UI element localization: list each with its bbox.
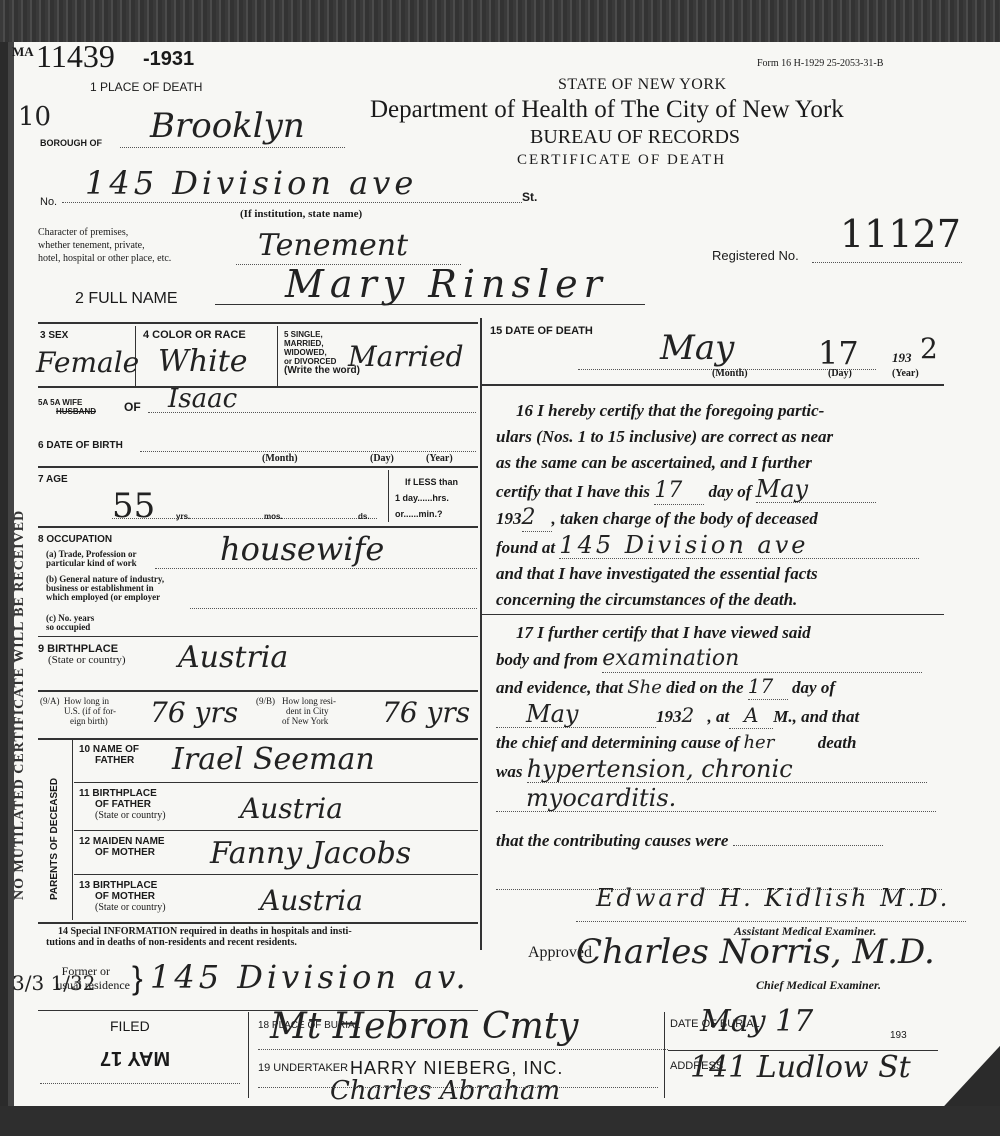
- grid-line: [482, 614, 944, 615]
- grid-line: [38, 690, 478, 692]
- column-divider: [480, 318, 482, 950]
- cert16-found-value[interactable]: 145 Division ave: [559, 532, 919, 559]
- full-name-label: 2 FULL NAME: [75, 290, 178, 308]
- cert17-cause-value-1[interactable]: hypertension, chronic: [527, 756, 927, 783]
- record-number: 11439: [36, 38, 115, 75]
- occupation-c-label: (c) No. yearsso occupied: [46, 614, 94, 632]
- mother-name-value[interactable]: Fanny Jacobs: [210, 836, 411, 871]
- occupation-a-label: (a) Trade, Profession orparticular kind …: [46, 550, 137, 568]
- date-of-death-year[interactable]: 2: [920, 332, 938, 365]
- certificate-title: CERTIFICATE OF DEATH: [517, 152, 726, 169]
- grid-line: [38, 922, 478, 924]
- birthplace-value[interactable]: Austria: [178, 640, 288, 675]
- cert17-her-value[interactable]: her: [743, 730, 813, 756]
- mother-birthplace-value[interactable]: Austria: [260, 884, 363, 917]
- spouse-of-label: OF: [124, 400, 141, 414]
- date-of-death-month[interactable]: May: [660, 328, 734, 368]
- borough-value[interactable]: Brooklyn: [150, 106, 305, 146]
- premises-label: Character of premises, whether tenement,…: [38, 226, 171, 265]
- spouse-value[interactable]: Isaac: [168, 384, 237, 414]
- age-label: 7 AGE: [38, 474, 68, 485]
- record-year: -1931: [143, 48, 194, 71]
- grid-line: [74, 830, 478, 831]
- scan-border-top: [0, 0, 1000, 42]
- cert17-year-value[interactable]: 2: [682, 702, 708, 728]
- full-name-value[interactable]: Mary Rinsler: [285, 262, 608, 306]
- street-suffix: St.: [522, 190, 537, 204]
- side-notice: NO MUTILATED CERTIFICATE WILL BE RECEIVE…: [12, 510, 28, 900]
- grid-line: [38, 466, 478, 468]
- grid-line: [388, 470, 389, 522]
- grid-line: [38, 526, 478, 528]
- father-birthplace-label: 11 BIRTHPLACEOF FATHER (State or country…: [79, 788, 166, 821]
- grid-line: [38, 322, 478, 324]
- contributing-causes-line: [733, 845, 883, 846]
- address-value[interactable]: 141 Ludlow St: [690, 1050, 911, 1085]
- bureau-title: BUREAU OF RECORDS: [530, 126, 740, 149]
- cert16-month-value[interactable]: May: [756, 476, 876, 503]
- cert17-month-value[interactable]: May: [496, 701, 656, 728]
- institution-note: (If institution, state name): [240, 208, 362, 220]
- dob-month-label: (Month): [262, 454, 298, 463]
- filed-label: FILED: [110, 1018, 150, 1034]
- dod-year-label: (Year): [892, 368, 919, 379]
- date-of-death-label: 15 DATE OF DEATH: [490, 326, 593, 337]
- dob-day-label: (Day): [370, 454, 394, 463]
- age-ds: ds.: [358, 512, 370, 521]
- burial-year: 193: [890, 1030, 907, 1041]
- grid-line: [74, 782, 478, 783]
- dob-line: [140, 441, 476, 452]
- record-prefix: MA: [12, 44, 34, 60]
- grid-line: [664, 1012, 665, 1098]
- registered-label: Registered No.: [712, 248, 799, 263]
- age-yrs: yrs.: [176, 512, 190, 521]
- scan-border-bottom: [0, 1106, 1000, 1136]
- street-value[interactable]: 145 Division ave: [85, 164, 417, 202]
- grid-line: [277, 326, 278, 386]
- special-info-text: 14 Special INFORMATION required in death…: [46, 926, 352, 948]
- margin-notes: 3/3 1/32: [12, 972, 95, 994]
- age-mos: mos.: [264, 512, 283, 521]
- cert16-year-value[interactable]: 2: [522, 505, 552, 532]
- cert17-pronoun-value[interactable]: She: [627, 677, 662, 698]
- registered-value[interactable]: 11127: [840, 212, 961, 256]
- mother-name-label: 12 MAIDEN NAMEOF MOTHER: [79, 836, 165, 858]
- cert16-day-value[interactable]: 17: [654, 478, 704, 505]
- place-of-death-label: 1 PLACE OF DEATH: [90, 80, 202, 94]
- grid-line: [74, 874, 478, 875]
- dob-year-label: (Year): [426, 454, 453, 463]
- dod-day-label: (Day): [828, 368, 852, 379]
- father-name-value[interactable]: Irael Seeman: [172, 742, 375, 777]
- filed-stamp: MAY 17: [100, 1046, 170, 1069]
- burial-place-value[interactable]: Mt Hebron Cmty: [270, 1006, 579, 1047]
- grid-line: [482, 384, 944, 386]
- birthplace-label: 9 BIRTHPLACE (State or country): [38, 644, 126, 666]
- race-value[interactable]: White: [158, 344, 248, 379]
- burial-place-line: [258, 1048, 668, 1050]
- chief-signature: Charles Norris, M.D.: [576, 932, 935, 972]
- residence-brace-icon: }: [132, 960, 143, 997]
- grid-line: [38, 738, 478, 740]
- grid-line: [38, 386, 478, 388]
- grid-line: [248, 1012, 249, 1098]
- us-residence-label: (9/A) How long in U.S. (if of for- eign …: [40, 696, 116, 726]
- us-residence-value[interactable]: 76 yrs: [150, 696, 238, 729]
- age-less-than: If LESS than1 day......hrs.or......min.?: [395, 474, 458, 522]
- race-label: 4 COLOR OR RACE: [143, 330, 246, 341]
- certification-16: 16 I hereby certify that the foregoing p…: [496, 398, 946, 613]
- father-birthplace-value[interactable]: Austria: [240, 792, 343, 825]
- form-number: Form 16 H-1929 25-2053-31-B: [757, 58, 883, 69]
- cert17-cause-value-2[interactable]: myocarditis.: [496, 785, 936, 812]
- state-title: STATE OF NEW YORK: [558, 76, 727, 94]
- assistant-signature: Edward H. Kidlish M.D.: [596, 884, 950, 912]
- marital-value[interactable]: Married: [348, 340, 464, 373]
- nyc-residence-label: (9/B) How long resi- dent in City of New…: [256, 696, 336, 726]
- cert17-day-value[interactable]: 17: [748, 673, 788, 700]
- occupation-a-line: [155, 567, 477, 569]
- parents-side-label: PARENTS OF DECEASED: [50, 778, 59, 900]
- dob-label: 6 DATE OF BIRTH: [38, 440, 123, 451]
- premises-value[interactable]: Tenement: [258, 228, 408, 263]
- grid-line: [72, 740, 73, 920]
- undertaker-label: 19 UNDERTAKER: [258, 1062, 348, 1074]
- father-name-label: 10 NAME OFFATHER: [79, 744, 139, 766]
- grid-line: [38, 636, 478, 637]
- cert17-time-value[interactable]: A: [729, 702, 773, 729]
- occupation-label: 8 OCCUPATION: [38, 534, 112, 545]
- residence-value[interactable]: 145 Division av.: [150, 958, 470, 996]
- borough-label: BOROUGH OF: [40, 138, 102, 148]
- undertaker-signature: Charles Abraham: [330, 1076, 560, 1106]
- spouse-label: 5A 5A WIFE HUSBAND: [38, 398, 96, 416]
- dod-month-label: (Month): [712, 368, 748, 379]
- mother-birthplace-label: 13 BIRTHPLACEOF MOTHER (State or country…: [79, 880, 166, 913]
- occupation-b-line: [190, 607, 477, 609]
- nyc-residence-value[interactable]: 76 yrs: [382, 696, 470, 729]
- sex-value[interactable]: Female: [36, 346, 139, 379]
- street-no-label: No.: [40, 196, 57, 208]
- certification-17: 17 I further certify that I have viewed …: [496, 620, 946, 854]
- filed-line: [40, 1082, 240, 1084]
- burial-date-value[interactable]: May 17: [700, 1004, 813, 1039]
- chief-title: Chief Medical Examiner.: [756, 978, 881, 993]
- occupation-a-value[interactable]: housewife: [220, 530, 384, 568]
- date-of-death-year-prefix: 193: [892, 350, 912, 366]
- margin-note: 10: [18, 102, 51, 132]
- date-of-death-day[interactable]: 17: [818, 334, 859, 372]
- occupation-b-label: (b) General nature of industry,business …: [46, 575, 164, 602]
- undertaker-line: [258, 1086, 658, 1088]
- assistant-signature-line: [576, 920, 966, 922]
- age-line: [112, 512, 377, 519]
- sex-label: 3 SEX: [40, 330, 68, 341]
- department-title: Department of Health of The City of New …: [370, 96, 844, 124]
- age-value[interactable]: 55: [112, 486, 155, 526]
- cert17-from-value[interactable]: examination: [602, 646, 922, 673]
